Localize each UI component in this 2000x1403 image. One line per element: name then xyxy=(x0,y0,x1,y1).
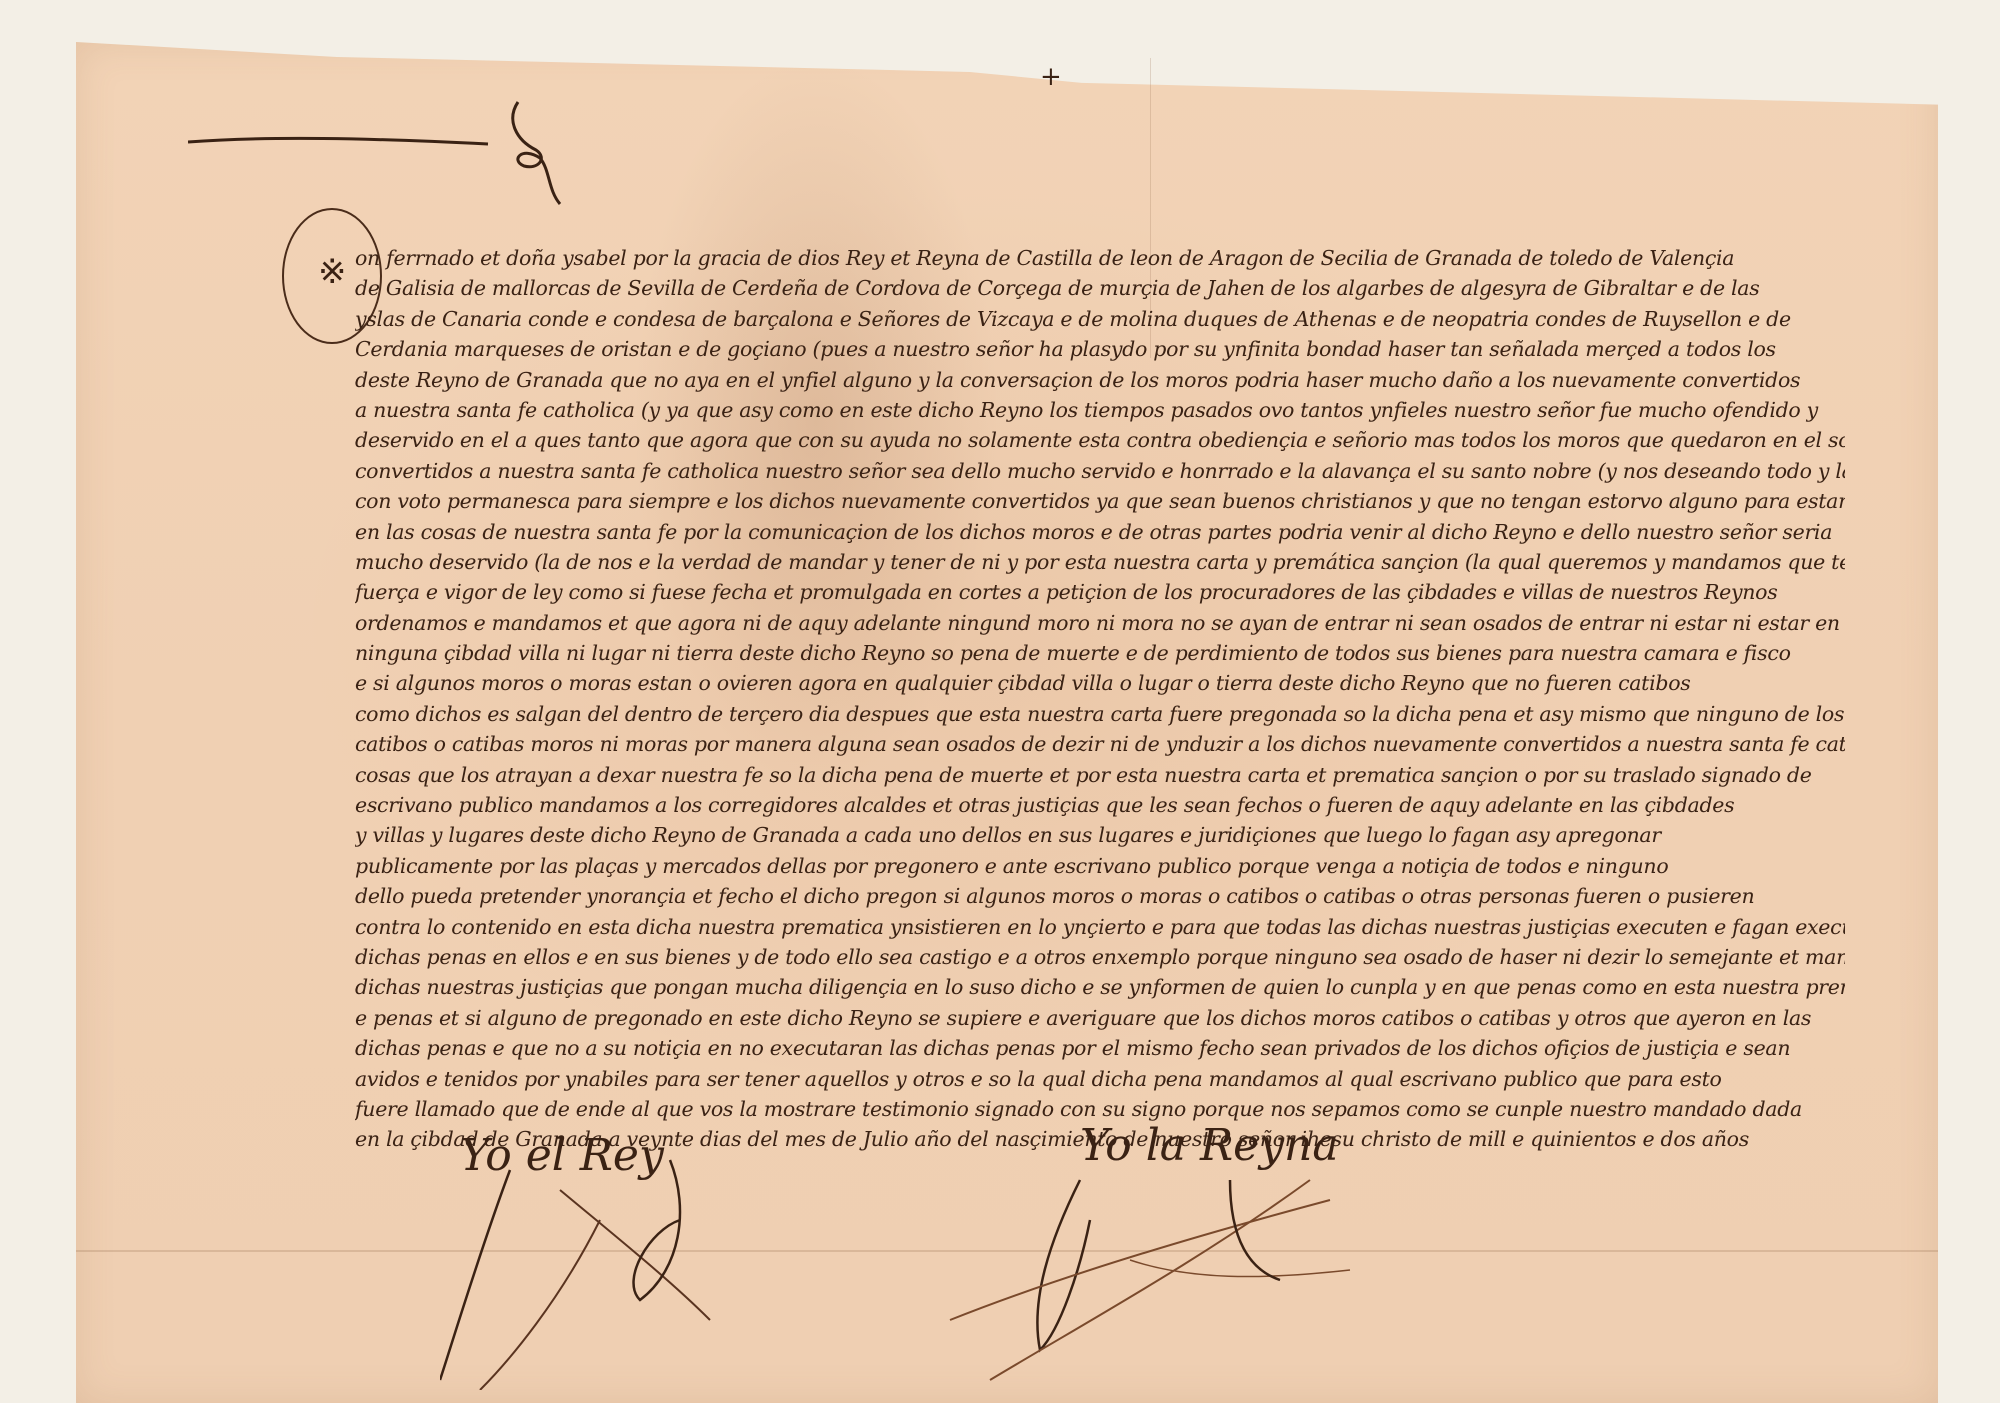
text-line: catibos o catibas moros ni moras por man… xyxy=(355,729,1845,759)
text-line: deservido en el a ques tanto que agora q… xyxy=(355,425,1845,455)
text-line: escrivano publico mandamos a los corregi… xyxy=(355,790,1845,820)
text-line: publicamente por las plaças y mercados d… xyxy=(355,851,1845,881)
manuscript-body: on ferrnado et doña ysabel por la gracia… xyxy=(355,243,1845,1155)
text-line: yslas de Canaria conde e condesa de barç… xyxy=(355,304,1845,334)
text-line: avidos e tenidos por ynabiles para ser t… xyxy=(355,1064,1845,1094)
text-line: convertidos a nuestra santa fe catholica… xyxy=(355,456,1845,486)
text-line: en las cosas de nuestra santa fe por la … xyxy=(355,517,1845,547)
top-cross-mark: + xyxy=(1040,62,1062,92)
text-line: con voto permanesca para siempre e los d… xyxy=(355,486,1845,516)
initial-letter-ornament: ※ xyxy=(318,252,347,292)
text-line: a nuestra santa fe catholica (y ya que a… xyxy=(355,395,1845,425)
signature-flourish-icon xyxy=(930,1120,1550,1400)
signature-queen: Yo la Reyna xyxy=(930,1120,1550,1400)
text-line: e penas et si alguno de pregonado en est… xyxy=(355,1003,1845,1033)
text-line: dichas nuestras justiçias que pongan muc… xyxy=(355,972,1845,1002)
signature-flourish-icon xyxy=(440,1130,960,1390)
text-line: fuerça e vigor de ley como si fuese fech… xyxy=(355,577,1845,607)
text-line: dichas penas en ellos e en sus bienes y … xyxy=(355,942,1845,972)
text-line: dichas penas e que no a su notiçia en no… xyxy=(355,1033,1845,1063)
text-line: deste Reyno de Granada que no aya en el … xyxy=(355,365,1845,395)
text-line: contra lo contenido en esta dicha nuestr… xyxy=(355,912,1845,942)
rubric-flourish-icon xyxy=(188,100,608,210)
text-line: de Galisia de mallorcas de Sevilla de Ce… xyxy=(355,273,1845,303)
text-line: Cerdania marqueses de oristan e de goçia… xyxy=(355,334,1845,364)
signature-king: Yo el Rey xyxy=(440,1130,960,1390)
text-line: e si algunos moros o moras estan o ovier… xyxy=(355,668,1845,698)
text-line: dello pueda pretender ynorançia et fecho… xyxy=(355,881,1845,911)
text-line: mucho deservido (la de nos e la verdad d… xyxy=(355,547,1845,577)
text-line: ninguna çibdad villa ni lugar ni tierra … xyxy=(355,638,1845,668)
text-line: on ferrnado et doña ysabel por la gracia… xyxy=(355,243,1845,273)
text-line: cosas que los atrayan a dexar nuestra fe… xyxy=(355,760,1845,790)
text-line: como dichos es salgan del dentro de terç… xyxy=(355,699,1845,729)
text-line: y villas y lugares deste dicho Reyno de … xyxy=(355,820,1845,850)
text-line: ordenamos e mandamos et que agora ni de … xyxy=(355,608,1845,638)
